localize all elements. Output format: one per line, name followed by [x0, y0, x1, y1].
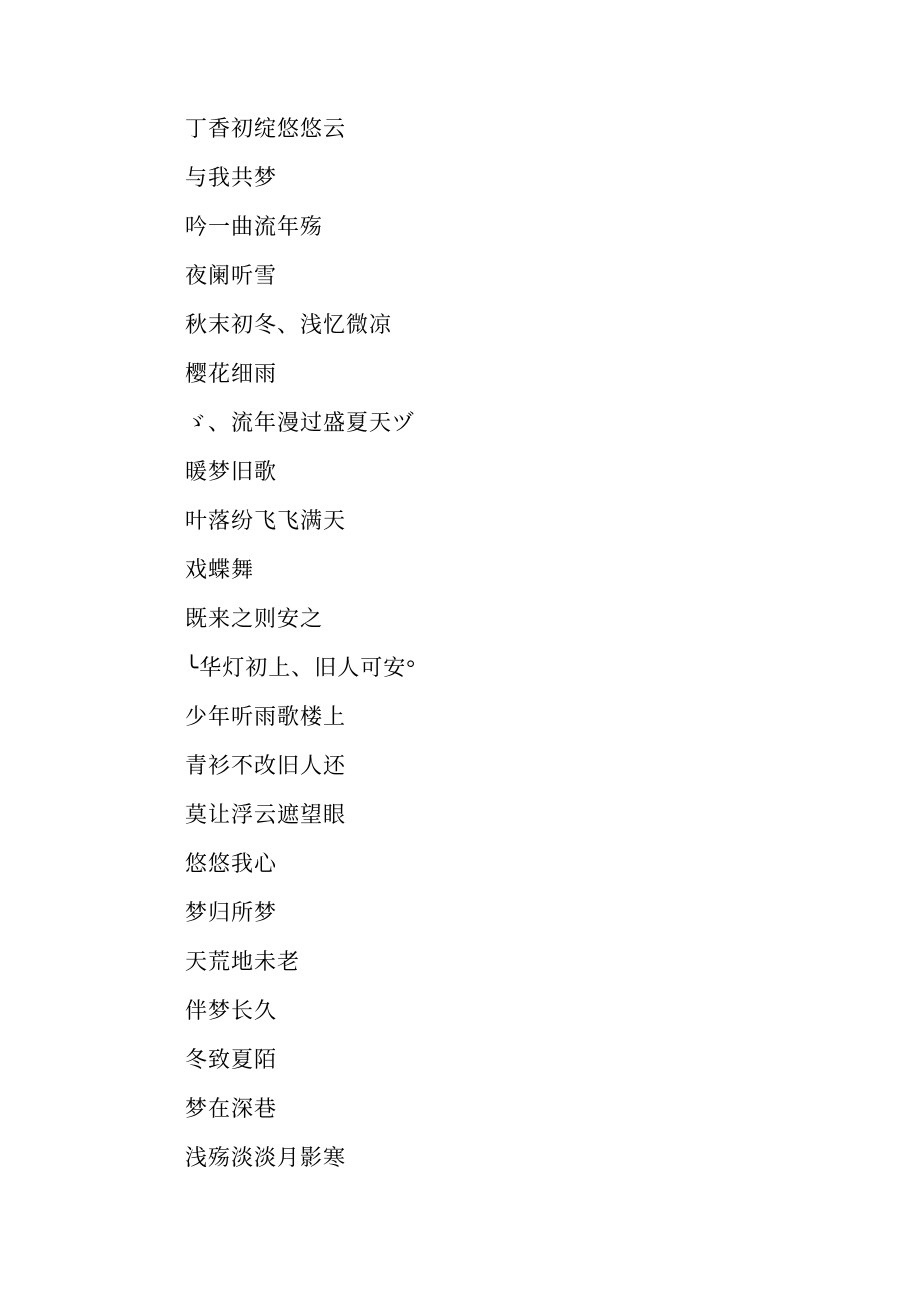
text-line: 丁香初绽悠悠云	[185, 118, 860, 140]
text-line: ゞ、流年漫过盛夏天ヅ	[185, 412, 860, 434]
text-line: 秋末初冬、浅忆微凉	[185, 314, 860, 336]
text-line: 少年听雨歌楼上	[185, 706, 860, 728]
text-line: 莫让浮云遮望眼	[185, 804, 860, 826]
text-line: 天荒地未老	[185, 951, 860, 973]
text-line: 吟一曲流年殇	[185, 216, 860, 238]
text-line: 戏蝶舞	[185, 559, 860, 581]
name-list: 丁香初绽悠悠云与我共梦吟一曲流年殇夜阑听雪秋末初冬、浅忆微凉樱花细雨ゞ、流年漫过…	[185, 118, 860, 1196]
text-line: 夜阑听雪	[185, 265, 860, 287]
text-line: 叶落纷飞飞满天	[185, 510, 860, 532]
text-line: 悠悠我心	[185, 853, 860, 875]
text-line: 青衫不改旧人还	[185, 755, 860, 777]
text-line: 与我共梦	[185, 167, 860, 189]
document-page: 丁香初绽悠悠云与我共梦吟一曲流年殇夜阑听雪秋末初冬、浅忆微凉樱花细雨ゞ、流年漫过…	[0, 0, 920, 1303]
text-line: 梦在深巷	[185, 1098, 860, 1120]
text-line: 冬致夏陌	[185, 1049, 860, 1071]
text-line: ╰华灯初上、旧人可安°	[185, 657, 860, 679]
text-line: 梦归所梦	[185, 902, 860, 924]
text-line: 樱花细雨	[185, 363, 860, 385]
text-line: 浅殇淡淡月影寒	[185, 1147, 860, 1169]
text-line: 伴梦长久	[185, 1000, 860, 1022]
text-line: 既来之则安之	[185, 608, 860, 630]
text-line: 暖梦旧歌	[185, 461, 860, 483]
